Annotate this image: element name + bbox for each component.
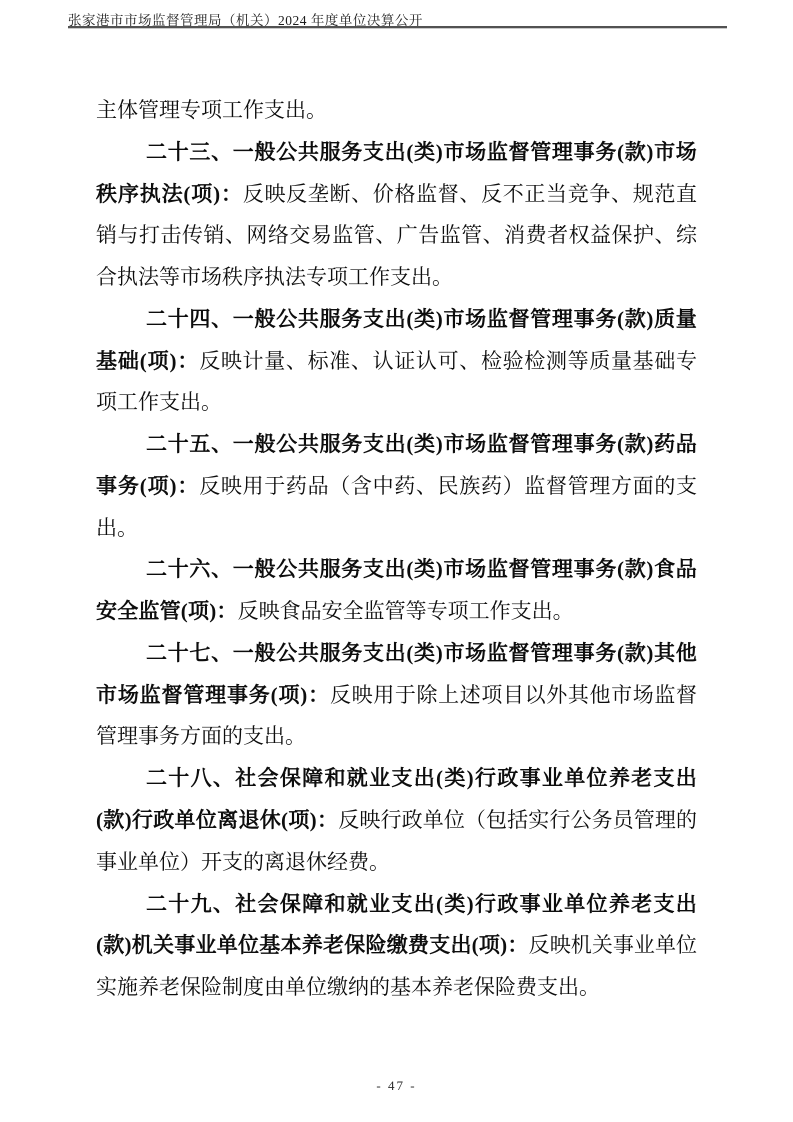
paragraph: 二十四、一般公共服务支出(类)市场监督管理事务(款)质量基础(项)：反映计量、标… bbox=[96, 299, 697, 424]
paragraph: 二十五、一般公共服务支出(类)市场监督管理事务(款)药品事务(项)：反映用于药品… bbox=[96, 424, 697, 549]
paragraph: 二十八、社会保障和就业支出(类)行政事业单位养老支出(款)行政单位离退休(项)：… bbox=[96, 758, 697, 883]
paragraph-text: 主体管理专项工作支出。 bbox=[96, 98, 327, 122]
paragraph-text: 反映食品安全监管等专项工作支出。 bbox=[238, 599, 574, 623]
paragraph: 二十七、一般公共服务支出(类)市场监督管理事务(款)其他市场监督管理事务(项)：… bbox=[96, 633, 697, 758]
header-rule bbox=[68, 26, 727, 29]
document-body: 主体管理专项工作支出。二十三、一般公共服务支出(类)市场监督管理事务(款)市场秩… bbox=[96, 90, 697, 1009]
paragraph: 主体管理专项工作支出。 bbox=[96, 90, 697, 132]
paragraph: 二十六、一般公共服务支出(类)市场监督管理事务(款)食品安全监管(项)：反映食品… bbox=[96, 549, 697, 633]
page-footer: - 47 - bbox=[0, 1078, 793, 1094]
page-number: - 47 - bbox=[376, 1078, 416, 1093]
paragraph: 二十九、社会保障和就业支出(类)行政事业单位养老支出(款)机关事业单位基本养老保… bbox=[96, 884, 697, 1009]
paragraph: 二十三、一般公共服务支出(类)市场监督管理事务(款)市场秩序执法(项)：反映反垄… bbox=[96, 132, 697, 299]
document-page: 张家港市市场监督管理局（机关）2024 年度单位决算公开 主体管理专项工作支出。… bbox=[0, 0, 793, 1122]
